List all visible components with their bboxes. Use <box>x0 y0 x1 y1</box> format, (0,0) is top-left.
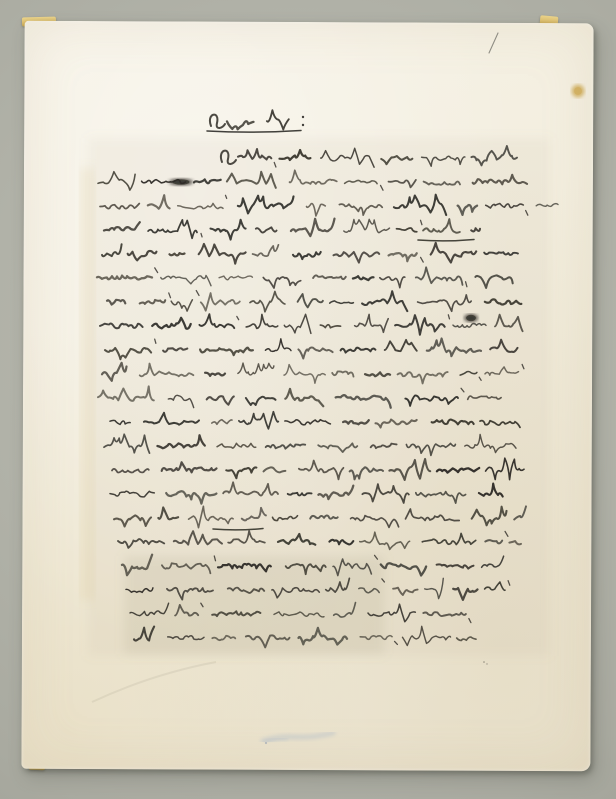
manuscript-paper <box>21 21 593 771</box>
manuscript-photo <box>0 0 616 799</box>
